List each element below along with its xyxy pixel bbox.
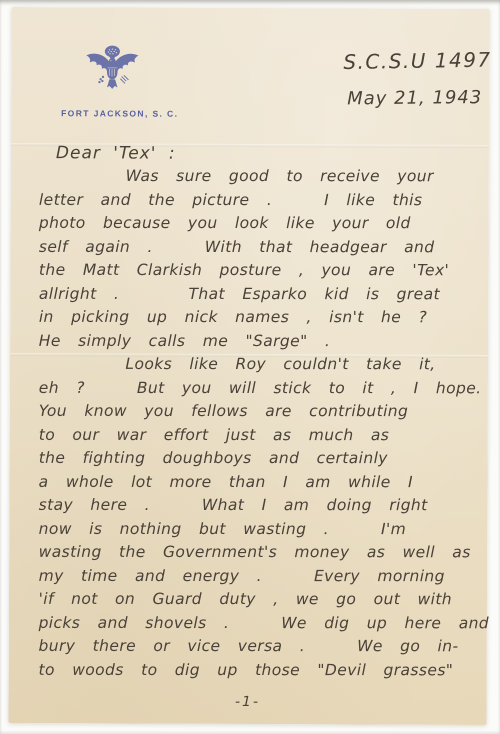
letter-line: 'if not on Guard duty , we go out with bbox=[39, 590, 484, 614]
letter-line: to woods to dig up those "Devil grasses" bbox=[39, 660, 484, 684]
letter-line: allright . That Esparko kid is great bbox=[39, 284, 484, 308]
letter-photo: FORT JACKSON, S. C. S.C.S.U 1497 May 21,… bbox=[0, 0, 500, 734]
letter-line: now is nothing but wasting . I'm bbox=[39, 519, 484, 543]
letter-line: eh ? But you will stick to it , I hope. bbox=[39, 378, 484, 402]
letter-line: He simply calls me "Sarge" . bbox=[39, 331, 484, 355]
unit-number: S.C.S.U 1497 bbox=[343, 48, 492, 74]
letter-line: the Matt Clarkish posture , you are 'Tex… bbox=[39, 261, 484, 285]
letter-line: wasting the Government's money as well a… bbox=[39, 543, 484, 567]
letter-line: photo because you look like your old bbox=[39, 214, 484, 238]
letter-date: May 21, 1943 bbox=[347, 87, 482, 109]
letter-body: Was sure good to receive yourletter and … bbox=[39, 167, 484, 684]
letter-line: Was sure good to receive your bbox=[39, 167, 484, 191]
letter-line: my time and energy . Every morning bbox=[39, 566, 484, 590]
letter-line: a whole lot more than I am while I bbox=[39, 472, 484, 496]
letter-paper: FORT JACKSON, S. C. S.C.S.U 1497 May 21,… bbox=[8, 7, 489, 725]
letter-line: picks and shovels . We dig up here and bbox=[39, 613, 484, 637]
salutation: Dear 'Tex' : bbox=[56, 143, 176, 164]
great-seal-eagle-icon bbox=[83, 43, 141, 109]
letter-line: in picking up nick names , isn't he ? bbox=[39, 308, 484, 332]
letter-line: letter and the picture . I like this bbox=[39, 190, 484, 214]
letter-line: You know you fellows are contributing bbox=[39, 402, 484, 426]
letter-line: the fighting doughboys and certainly bbox=[39, 449, 484, 473]
letter-line: stay here . What I am doing right bbox=[39, 496, 484, 520]
letter-line: Looks like Roy couldn't take it, bbox=[39, 355, 484, 379]
letterhead-caption: FORT JACKSON, S. C. bbox=[61, 108, 178, 119]
letter-line: bury there or vice versa . We go in- bbox=[39, 637, 484, 661]
letter-line: self again . With that headgear and bbox=[39, 237, 484, 261]
page-number: -1- bbox=[9, 693, 487, 711]
letter-line: to our war effort just as much as bbox=[39, 425, 484, 449]
